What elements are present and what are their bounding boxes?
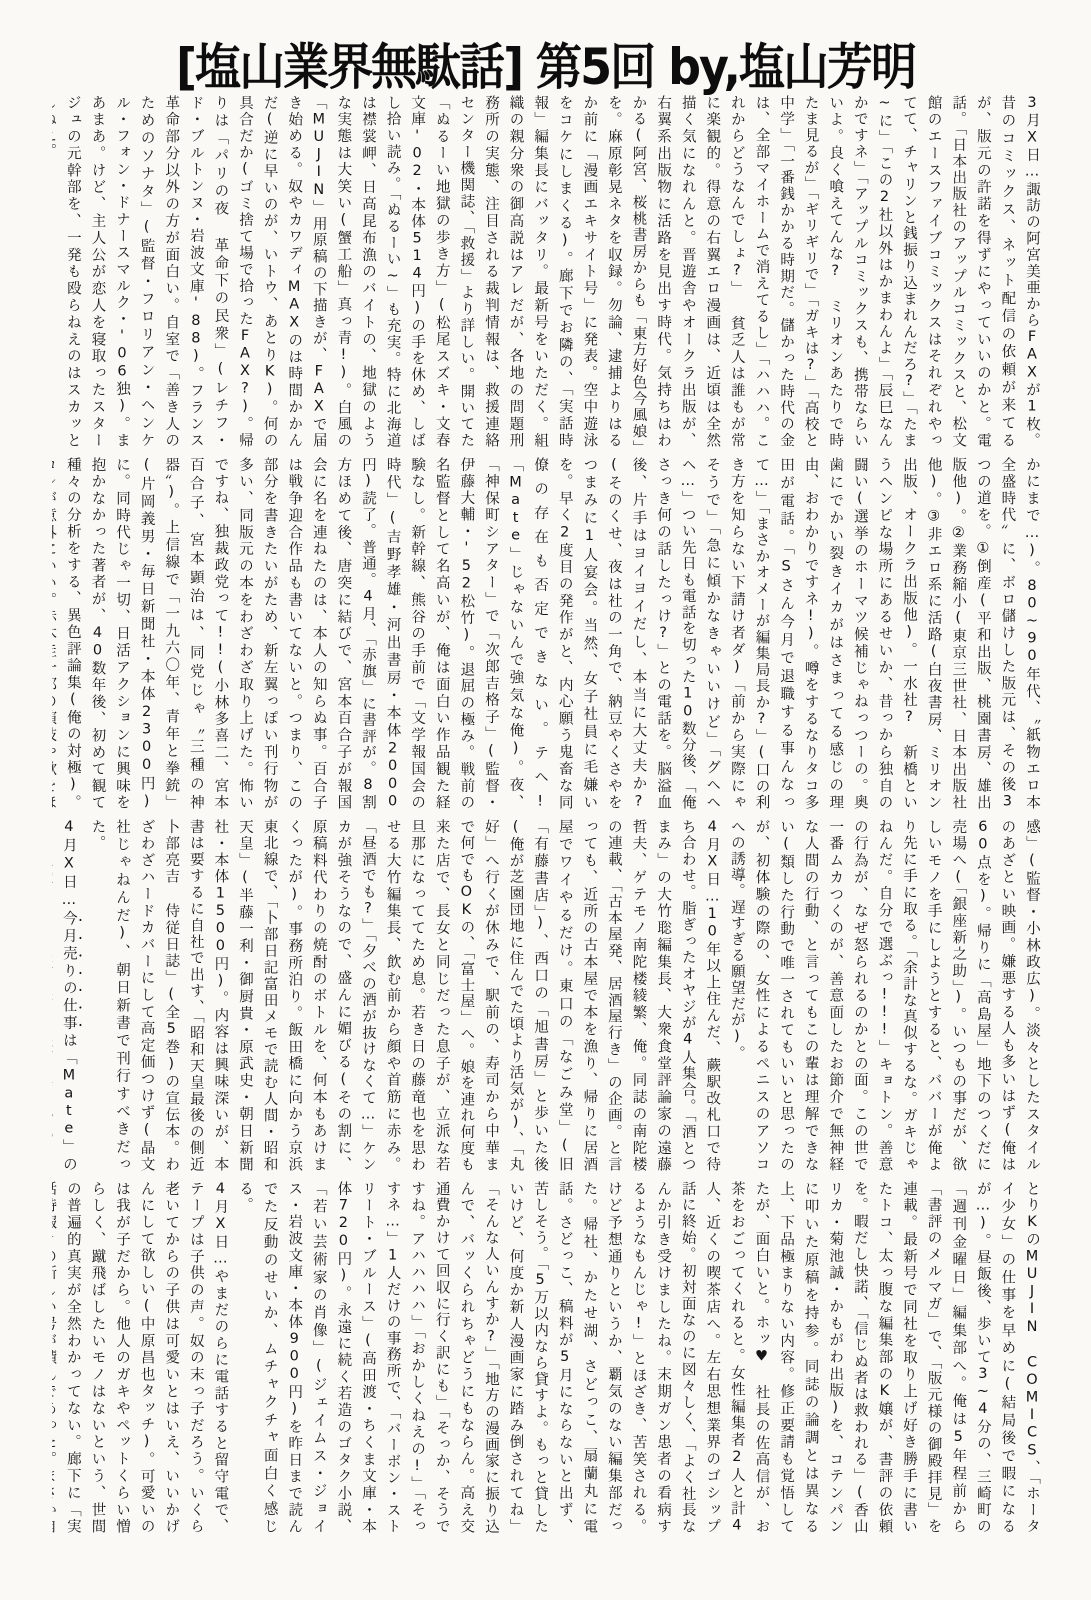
diary-band-1: 3月X日…諏訪の阿宮美亜からFAXが1枚。昔のコミックス、ネット配信の依頼が来て… [52,95,1044,449]
entry-text: 4月X日… [61,819,77,909]
magazine-page: [塩山業界無駄話] 第5回 by,塩山芳明 3月X日…諏訪の阿宮美亜からFAXが… [0,0,1091,1600]
diary-band-4: とりKのMUJIN COMICS、「ホータイ少女」の仕事を早めに(結局後で暇にな… [52,1181,1044,1535]
diary-entry: 4月X日…やまだのらに電話すると留守電で、テープは子供の声。奴の末っ子だろう。い… [52,1181,232,1535]
diary-entry: かにまで…)。80~90年代、〝紙物エロ本全盛時代〟に、ボロ儲けした版元は、その… [52,457,1044,811]
page-title: [塩山業界無駄話] 第5回 by,塩山芳明 [0,0,1091,99]
diary-entry: 4月X日…10年以上住んだ、蕨駅改札口で待ち合わせ。脂ぎったオヤジが4人集合。「… [85,819,724,1173]
diary-entry: 3月X日…諏訪の阿宮美亜からFAXが1枚。昔のコミックス、ネット配信の依頼が来て… [52,95,1044,449]
article-body: 3月X日…諏訪の阿宮美亜からFAXが1枚。昔のコミックス、ネット配信の依頼が来て… [52,95,1044,1543]
emphasized-text: 今月売りの仕事 [61,909,77,1032]
diary-band-2: かにまで…)。80~90年代、〝紙物エロ本全盛時代〟に、ボロ儲けした版元は、その… [52,457,1044,811]
diary-entry: とりKのMUJIN COMICS、「ホータイ少女」の仕事を早めに(結局後で暇にな… [232,1181,1044,1535]
diary-entry-emphasized: 4月X日…今月売りの仕事は「Mate」のみ。地獄のように暇。来月の振り込み心配し… [52,819,85,1173]
diary-band-3: 感」(監督・小林政広)。淡々としたスタイルのあざとい映画。嫌悪する人も多いはず(… [52,819,1044,1173]
diary-entry: 感」(監督・小林政広)。淡々としたスタイルのあざとい映画。嫌悪する人も多いはず(… [724,819,1044,1173]
